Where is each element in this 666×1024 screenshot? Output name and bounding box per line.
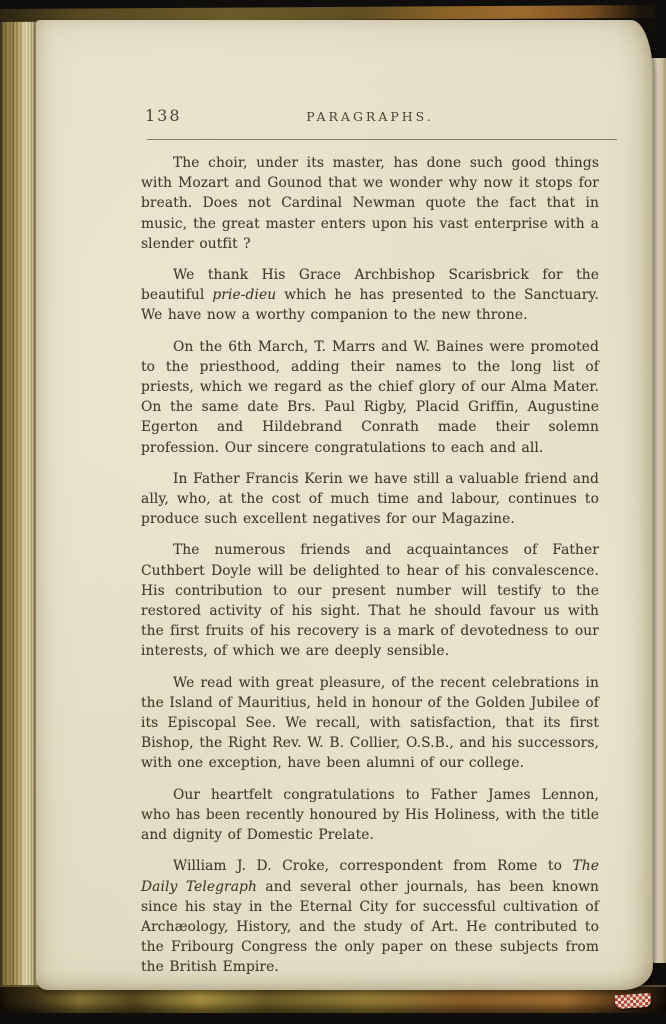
paragraph-text: William J. D. Croke, correspondent from …	[173, 858, 572, 874]
paragraph: William J. D. Croke, correspondent from …	[141, 856, 599, 977]
running-head-title: PARAGRAPHS.	[141, 109, 599, 124]
paragraph-text: The numerous friends and acquaintances o…	[141, 542, 599, 659]
header-rule	[147, 139, 617, 140]
paragraph: In Father Francis Kerin we have still a …	[141, 469, 599, 530]
paragraph-text-italic: prie-dieu	[212, 287, 276, 303]
paragraph-text: We read with great pleasure, of the rece…	[141, 675, 599, 772]
page-header: 138 PARAGRAPHS.	[141, 106, 599, 128]
body-text: The choir, under its master, has done su…	[141, 153, 599, 978]
paragraph: We read with great pleasure, of the rece…	[141, 673, 599, 774]
book-page: 138 PARAGRAPHS. The choir, under its mas…	[36, 20, 653, 990]
paragraph: We thank His Grace Archbishop Scarisbric…	[141, 265, 599, 326]
paragraph-text: On the 6th March, T. Marrs and W. Baines…	[141, 339, 599, 456]
book-page-edges	[0, 13, 38, 1005]
paragraph: On the 6th March, T. Marrs and W. Baines…	[141, 337, 599, 458]
book-photograph: 138 PARAGRAPHS. The choir, under its mas…	[0, 0, 666, 1024]
paragraph-text: The choir, under its master, has done su…	[141, 155, 599, 252]
paragraph: Our heartfelt congratulations to Father …	[141, 785, 599, 846]
gingham-endband	[615, 993, 652, 1009]
paragraph: The choir, under its master, has done su…	[141, 153, 599, 254]
paragraph: The numerous friends and acquaintances o…	[141, 540, 599, 661]
paragraph-text: Our heartfelt congratulations to Father …	[141, 787, 599, 843]
paragraph-text: In Father Francis Kerin we have still a …	[141, 471, 599, 527]
text-block: 138 PARAGRAPHS. The choir, under its mas…	[141, 106, 599, 989]
